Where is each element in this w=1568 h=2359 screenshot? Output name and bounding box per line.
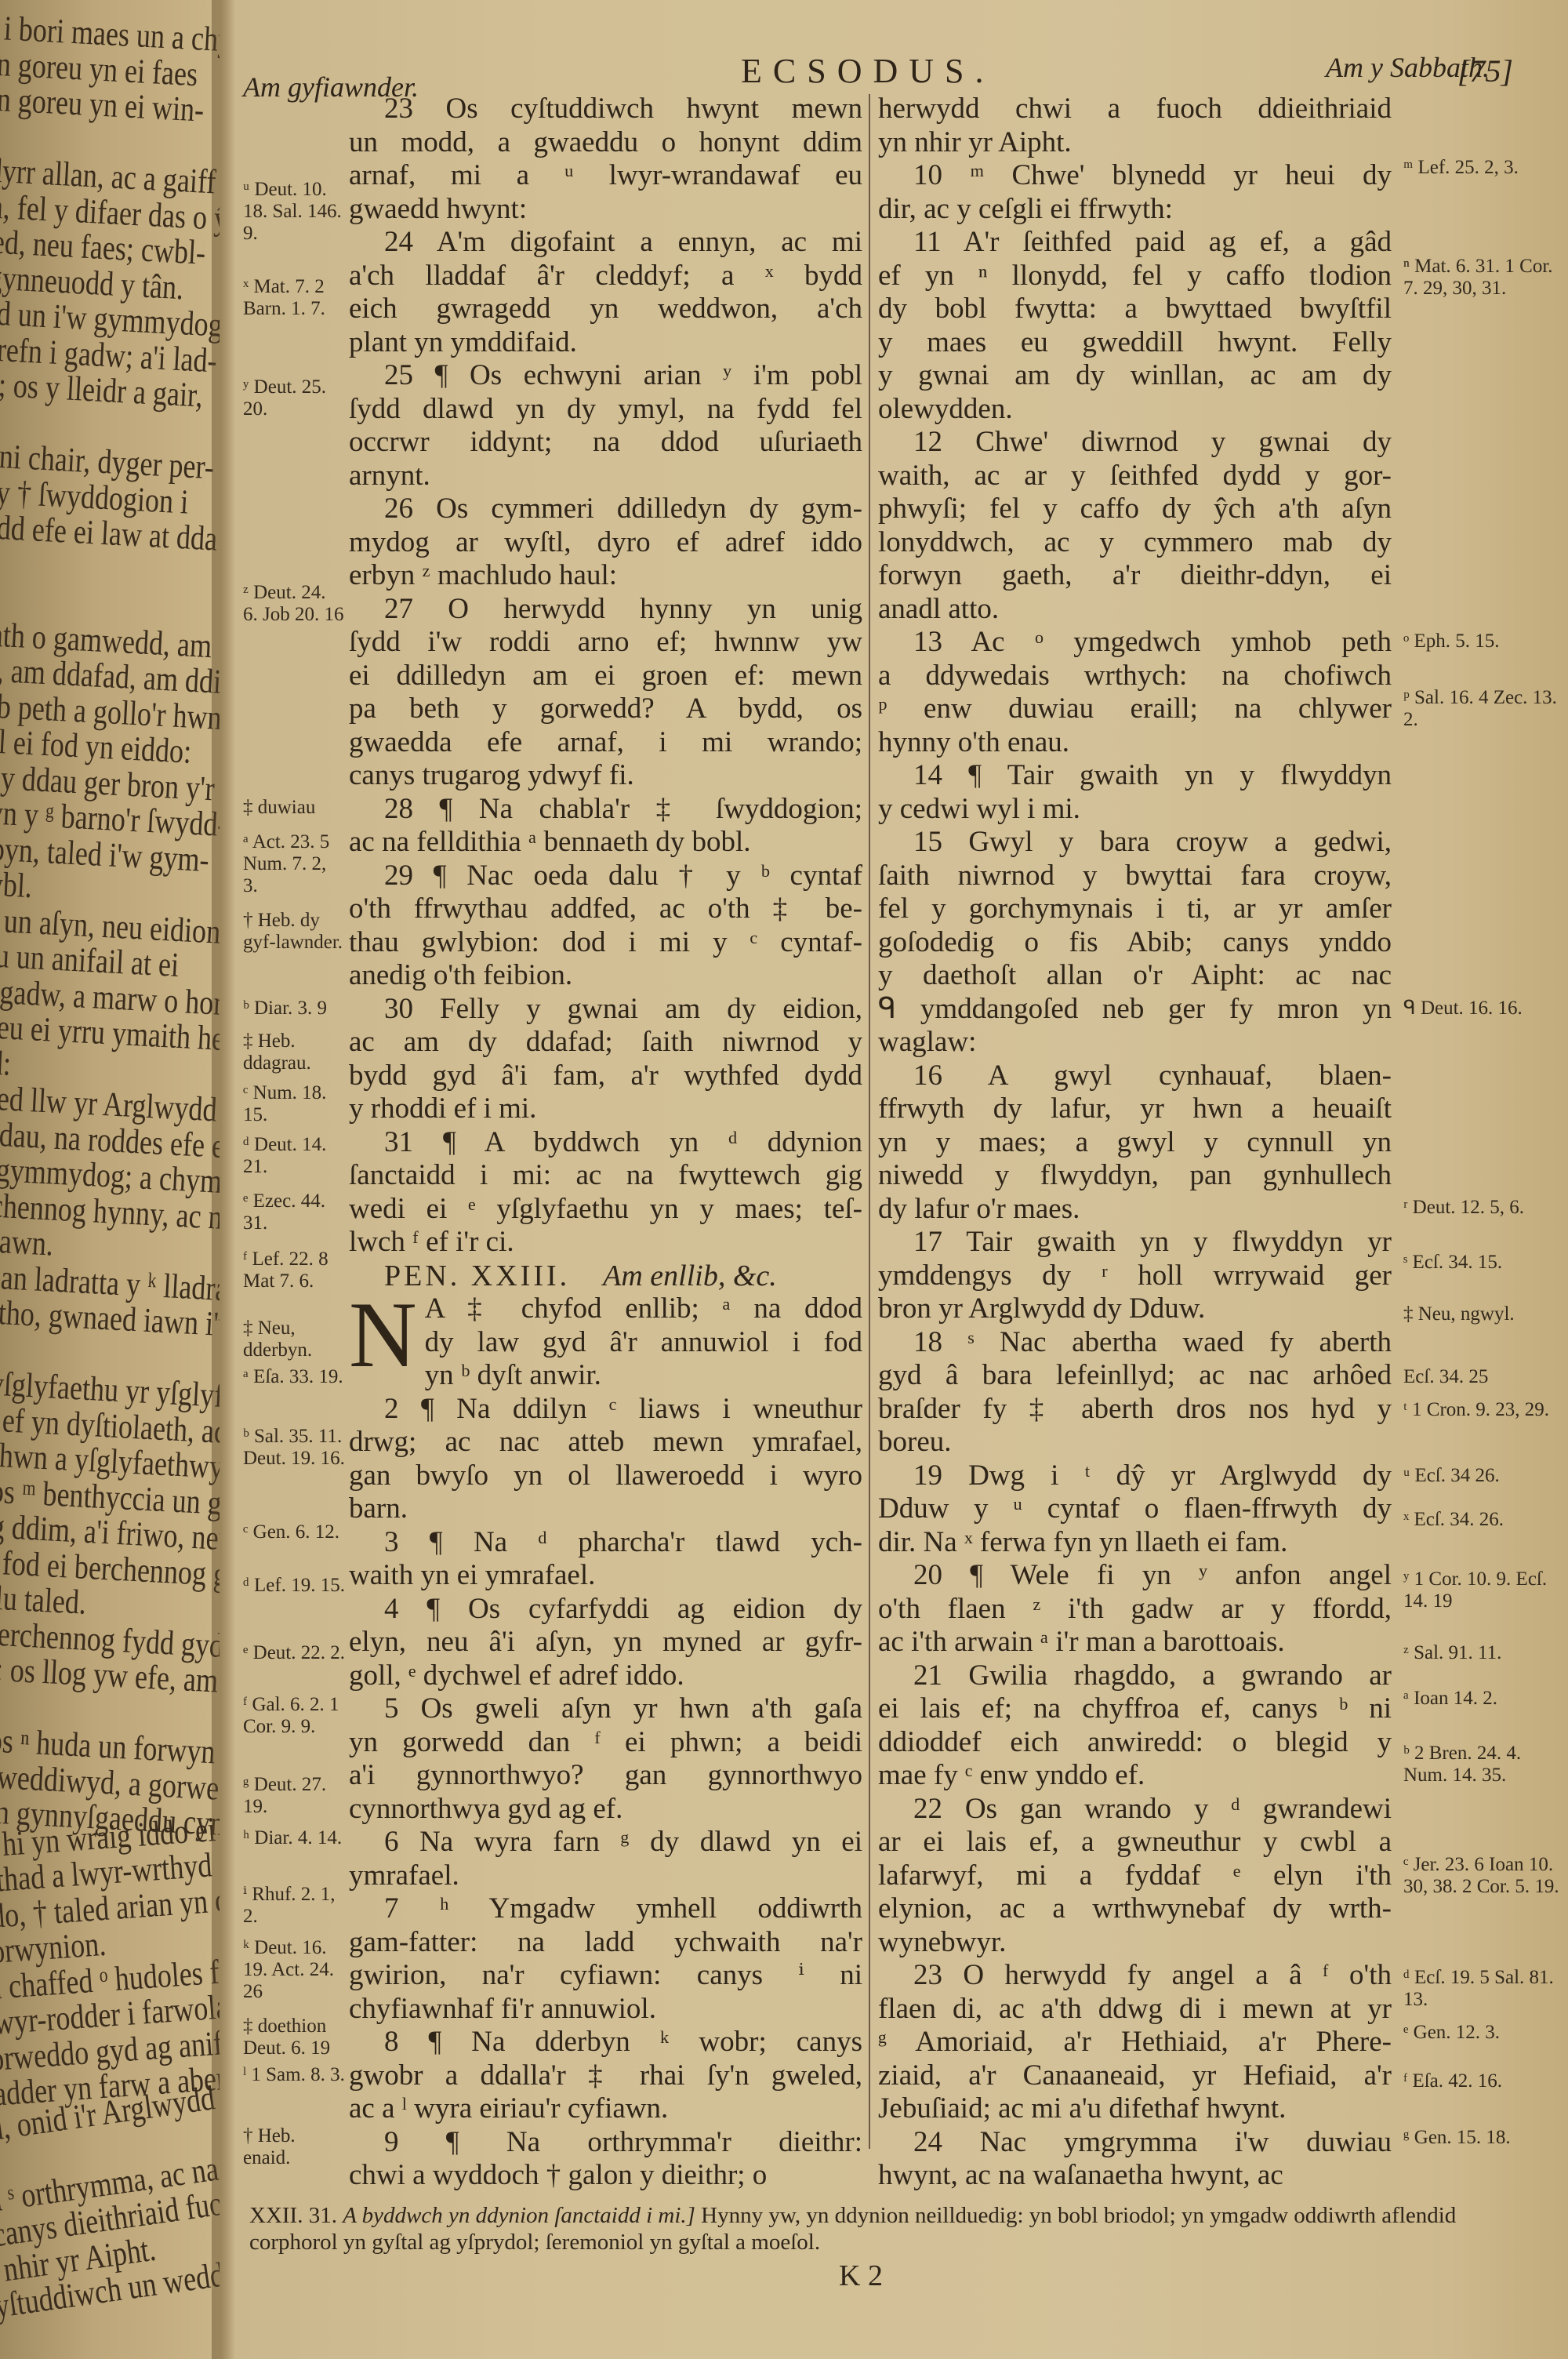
text-line: gwaedd hwynt: <box>349 193 862 227</box>
marginal-reference: ᶜ Gen. 6. 12. <box>243 1521 345 1543</box>
marginal-reference: ᵈ Ecſ. 19. 5 Sal. 81. 13. <box>1403 1967 1560 2011</box>
marginal-reference: ⁿ Mat. 6. 31. 1 Cor. 7. 29, 30, 31. <box>1403 256 1560 300</box>
text-line: dir. Na ˣ ferwa fyn yn llaeth ei fam. <box>878 1526 1392 1560</box>
text-line: waglaw: <box>878 1026 1392 1060</box>
marginal-reference: ᵉ Deut. 22. 2. <box>243 1642 345 1664</box>
marginal-reference: ᵍ Deut. 27. 19. <box>243 1774 345 1818</box>
text-line: waith yn ei ymrafael. <box>349 1559 862 1593</box>
text-line: 29 ¶ Nac oeda dalu † y ᵇ cyntaf <box>349 860 862 893</box>
text-line: yn gorwedd dan ᶠ ei phwn; a beidi <box>349 1726 862 1760</box>
text-line: a'ch lladdaf â'r cleddyf; a ˣ bydd <box>349 260 862 293</box>
right-text-column: herwydd chwi a fuoch ddieithriaidyn nhir… <box>878 93 1392 2193</box>
text-line: 6 Na wyra farn ᵍ dy dlawd yn ei <box>349 1826 862 1859</box>
text-line: 4 ¶ Os cyfarfyddi ag eidion dy <box>349 1593 862 1627</box>
text-line: dy lafur o'r maes. <box>878 1193 1392 1227</box>
marginal-reference: † Heb. dy gyf-lawnder. <box>243 910 345 954</box>
text-line: dy law gyd â'r annuwiol i fod <box>349 1326 862 1360</box>
marginal-reference: ᵘ Deut. 10. 18. Sal. 146. 9. <box>243 179 345 245</box>
text-line: y maes eu gweddill hwynt. Felly <box>878 326 1392 360</box>
text-line: hwynt, ac na waſanaetha hwynt, ac <box>878 2159 1392 2193</box>
marginal-reference: ᵈ Lef. 19. 15. <box>243 1575 345 1597</box>
text-line: o'th flaen ᶻ i'th gadw ar y ffordd, <box>878 1593 1392 1627</box>
text-line: 13 Ac ᵒ ymgedwch ymhob peth <box>878 626 1392 660</box>
text-line: canys trugarog ydwyf fi. <box>349 759 862 793</box>
text-line: 10 ᵐ Chwe' blynedd yr heui dy <box>878 159 1392 193</box>
marginal-reference: Ecſ. 34. 25 <box>1403 1366 1560 1388</box>
page-number: [75] <box>1457 53 1513 89</box>
text-line: ffrwyth dy lafur, yr hwn a heuaiſt <box>878 1092 1392 1126</box>
text-line: elynion, ac a wrthwynebaf dy wrth- <box>878 1892 1392 1926</box>
text-line: 7 ʰ Ymgadw ymhell oddiwrth <box>349 1892 862 1926</box>
marginal-reference: ᵈ Deut. 14. 21. <box>243 1134 345 1178</box>
text-line: ei ddilledyn am ei groen ef: mewn <box>349 660 862 693</box>
text-line: bron yr Arglwydd dy Dduw. <box>878 1292 1392 1326</box>
text-line: dir, ac y ceſgli ei ffrwyth: <box>878 193 1392 227</box>
text-line: a'i gynnorthwyo? gan gynnorthwyo <box>349 1759 862 1793</box>
text-line: ei lais ef; na chyffroa ef, canys ᵇ ni <box>878 1692 1392 1726</box>
marginal-reference: ᶜ Num. 18. 15. <box>243 1082 345 1126</box>
chapter-summary: Am enllib, &c. <box>603 1259 777 1292</box>
text-line: ᑫ ymddangoſed neb ger fy mron yn <box>878 993 1392 1027</box>
text-line: yn nhir yr Aipht. <box>878 126 1392 160</box>
text-line: 23 Os cyſtuddiwch hwynt mewn <box>349 93 862 126</box>
text-line: 5 Os gweli aſyn yr hwn a'th gaſa <box>349 1692 862 1726</box>
marginal-reference: ᑫ Deut. 16. 16. <box>1403 998 1560 1020</box>
bleed-text-line: dwbl. <box>0 863 33 906</box>
text-line: anadl atto. <box>878 593 1392 627</box>
marginal-reference: ʸ Deut. 25. 20. <box>243 376 345 420</box>
text-line: 12 Chwe' diwrnod y gwnai dy <box>878 426 1392 460</box>
left-text-column: 23 Os cyſtuddiwch hwynt mewnun modd, a g… <box>349 93 862 2193</box>
marginal-reference: ᵇ 2 Bren. 24. 4. Num. 14. 35. <box>1403 1743 1560 1787</box>
text-line: lafarwyf, mi a fyddaf ᵉ elyn i'th <box>878 1859 1392 1893</box>
marginal-reference: ᵐ Lef. 25. 2, 3. <box>1403 157 1560 179</box>
drop-cap: N <box>349 1296 417 1374</box>
text-line: 11 A'r ſeithfed paid ag ef, a gâd <box>878 226 1392 260</box>
text-line: goll, ᵉ dychwel ef adref iddo. <box>349 1659 862 1693</box>
text-line: hynny o'th enau. <box>878 726 1392 760</box>
marginal-reference: ᵉ Gen. 12. 3. <box>1403 2022 1560 2044</box>
marginal-reference: ᵇ Diar. 3. 9 <box>243 998 345 1020</box>
text-line: Jebuſiaid; ac mi a'u difethaf hwynt. <box>878 2092 1392 2126</box>
chapter-heading: PEN. XXIII. Am enllib, &c. <box>349 1259 862 1293</box>
text-line: gwirion, na'r cyfiawn: canys ⁱ ni <box>349 1959 862 1993</box>
text-line: ddioddef eich anwiredd: o blegid y <box>878 1726 1392 1760</box>
text-line: a ddywedais wrthych: na chofiwch <box>878 660 1392 693</box>
text-line: 28 ¶ Na chabla'r ‡ ſwyddogion; <box>349 793 862 827</box>
text-line: gyd â bara lefeinllyd; ac nac arhôed <box>878 1359 1392 1393</box>
page-gutter-shadow <box>212 0 235 2359</box>
marginal-reference: ᶻ Sal. 91. 11. <box>1403 1642 1560 1664</box>
marginal-reference: ᵃ Act. 23. 5 Num. 7. 2, 3. <box>243 831 345 897</box>
marginal-reference: ˢ Ecſ. 34. 15. <box>1403 1252 1560 1274</box>
text-line: 22 Os gan wrando y ᵈ gwrandewi <box>878 1793 1392 1826</box>
marginal-reference: ᶠ Eſa. 42. 16. <box>1403 2070 1560 2092</box>
text-line: ymrafael. <box>349 1859 862 1893</box>
text-line: 25 ¶ Os echwyni arian ʸ i'm pobl <box>349 359 862 393</box>
text-line: y daethoſt allan o'r Aipht: ac nac <box>878 959 1392 993</box>
marginal-reference: ‡ duwiau <box>243 797 345 819</box>
text-line: lonyddwch, ac y cymmero mab dy <box>878 526 1392 560</box>
text-line: 16 A gwyl cynhauaf, blaen- <box>878 1060 1392 1093</box>
text-line: mae fy ᶜ enw ynddo ef. <box>878 1759 1392 1793</box>
marginal-reference: ᶜ Jer. 23. 6 Ioan 10. 30, 38. 2 Cor. 5. … <box>1403 1854 1560 1898</box>
marginal-reference: ᵏ Deut. 16. 19. Act. 24. 26 <box>243 1937 345 2003</box>
text-line: 9 ¶ Na orthrymma'r dieithr: <box>349 2126 862 2160</box>
text-line: flaen di, ac a'th ddwg di i mewn at yr <box>878 1993 1392 2026</box>
marginal-reference: ‡ Neu, ngwyl. <box>1403 1303 1560 1325</box>
marginal-reference: ʸ 1 Cor. 10. 9. Ecſ. 14. 19 <box>1403 1568 1560 1612</box>
text-line: thau gwlybion: dod i mi y ᶜ cyntaf- <box>349 926 862 960</box>
text-line: pa beth y gorwedd? A bydd, os <box>349 692 862 726</box>
text-line: 18 ˢ Nac abertha waed fy aberth <box>878 1326 1392 1360</box>
text-line: eich gwragedd yn weddwon, a'ch <box>349 293 862 326</box>
text-line: 21 Gwilia rhagddo, a gwrando ar <box>878 1659 1392 1693</box>
text-line: 24 A'm digofaint a ennyn, ac mi <box>349 226 862 260</box>
text-line: phwyſi; fel y caffo dy ŷch a'th aſyn <box>878 493 1392 526</box>
text-line: fel y gorchymynais i ti, ar yr amſer <box>878 892 1392 926</box>
text-line: dy bobl fwytta: a bwyttaed bwyſtfil <box>878 293 1392 326</box>
text-line: chyfiawnhaf fi'r annuwiol. <box>349 1993 862 2026</box>
text-line: bydd gyd â'i fam, a'r wythfed dydd <box>349 1060 862 1093</box>
marginal-reference: ᵇ Sal. 35. 11. Deut. 19. 16. <box>243 1426 345 1470</box>
marginal-reference: ᶠ Lef. 22. 8 Mat 7. 6. <box>243 1249 345 1292</box>
marginal-reference: ᵍ Gen. 15. 18. <box>1403 2127 1560 2149</box>
text-line: herwydd chwi a fuoch ddieithriaid <box>878 93 1392 126</box>
text-line: braſder fy ‡ aberth dros nos hyd y <box>878 1393 1392 1427</box>
text-line: ac na felldithia ᵃ bennaeth dy bobl. <box>349 826 862 860</box>
marginal-reference: ᶠ Gal. 6. 2. 1 Cor. 9. 9. <box>243 1694 345 1738</box>
text-line: 17 Tair gwaith yn y flwyddyn yr <box>878 1226 1392 1259</box>
text-line: 27 O herwydd hynny yn unig <box>349 593 862 627</box>
text-line: 31 ¶ A byddwch yn ᵈ ddynion <box>349 1126 862 1160</box>
chapter-label: PEN. XXIII. <box>384 1259 603 1292</box>
footnote: XXII. 31. A byddwch yn ddynion ſanctaidd… <box>249 2202 1488 2255</box>
text-line: ſaith niwrnod y bwyttai fara croyw, <box>878 860 1392 893</box>
marginal-reference: ˣ Ecſ. 34. 26. <box>1403 1509 1560 1531</box>
text-line: arnynt. <box>349 460 862 493</box>
marginal-reference: ⁱ Rhuf. 2. 1, 2. <box>243 1884 345 1928</box>
text-line: barn. <box>349 1492 862 1526</box>
footnote-quoted-verse: A byddwch yn ddynion ſanctaidd i mi.] <box>343 2203 695 2228</box>
text-line: boreu. <box>878 1426 1392 1459</box>
text-line: ar ei lais ef, a gwneuthur y cwbl a <box>878 1826 1392 1859</box>
text-line: lwch ᶠ ef i'r ci. <box>349 1226 862 1259</box>
text-line: 8 ¶ Na dderbyn ᵏ wobr; canys <box>349 2026 862 2059</box>
text-line: wynebwyr. <box>878 1926 1392 1960</box>
text-line: 3 ¶ Na ᵈ pharcha'r tlawd ych- <box>349 1526 862 1560</box>
marginal-reference: ᵘ Ecſ. 34 26. <box>1403 1465 1560 1487</box>
text-line: ᵖ enw duwiau eraill; na chlywer <box>878 692 1392 726</box>
text-line: 2 ¶ Na ddilyn ᶜ liaws i wneuthur <box>349 1393 862 1427</box>
footnote-reference: XXII. 31. <box>249 2203 337 2228</box>
text-line: un modd, a gwaeddu o honynt ddim <box>349 126 862 160</box>
marginal-reference: ᶻ Deut. 24. 6. Job 20. 16 <box>243 582 345 626</box>
text-line: ſydd i'w roddi arno ef; hwnnw yw <box>349 626 862 660</box>
marginal-reference: ‡ Heb. ddagrau. <box>243 1030 345 1074</box>
text-line: ef yn ⁿ llonydd, fel y caffo tlodion <box>878 260 1392 293</box>
text-line: ymddengys dy ʳ holl wrrywaid ger <box>878 1259 1392 1293</box>
text-line: ac am dy ddafad; ſaith niwrnod y <box>349 1026 862 1060</box>
text-line: waith, ac ar y ſeithfed dydd y gor- <box>878 460 1392 493</box>
text-line: y cedwi wyl i mi. <box>878 793 1392 827</box>
text-line: occrwr iddynt; na ddod uſuriaeth <box>349 426 862 460</box>
book-title: ECSODUS. <box>741 51 995 91</box>
text-line: arnaf, mi a ᵘ lwyr-wrandawaf eu <box>349 159 862 193</box>
text-line: ſydd dlawd yn dy ymyl, na fydd fel <box>349 393 862 427</box>
marginal-reference: ᵖ Sal. 16. 4 Zec. 13. 2. <box>1403 687 1560 731</box>
text-line: gwaedda efe arnaf, i mi wrando; <box>349 726 862 760</box>
text-line: ᵍ Amoriaid, a'r Hethiaid, a'r Phere- <box>878 2026 1392 2059</box>
text-line: cynnorthwya gyd ag ef. <box>349 1793 862 1826</box>
text-line: 30 Felly y gwnai am dy eidion, <box>349 993 862 1027</box>
marginal-reference: ᵃ Eſa. 33. 19. <box>243 1366 345 1388</box>
signature-mark: K 2 <box>839 2259 883 2293</box>
text-line: wedi ei ᵉ yſglyfaethu yn y maes; teſ- <box>349 1193 862 1227</box>
text-line: 15 Gwyl y bara croyw a gedwi, <box>878 826 1392 860</box>
text-line: ziaid, a'r Canaaneaid, yr Hefiaid, a'r <box>878 2059 1392 2093</box>
text-line: 20 ¶ Wele fi yn ʸ anfon angel <box>878 1559 1392 1593</box>
marginal-reference: ˡ 1 Sam. 8. 3. <box>243 2064 345 2086</box>
text-line: mydog ar wyſtl, dyro ef adref iddo <box>349 526 862 560</box>
text-line: gwobr a ddalla'r ‡ rhai ſy'n gweled, <box>349 2059 862 2093</box>
marginal-reference: † Heb. enaid. <box>243 2125 345 2169</box>
text-line: ac a ˡ wyra eiriau'r cyfiawn. <box>349 2092 862 2126</box>
marginal-reference: ᵉ Ezec. 44. 31. <box>243 1190 345 1234</box>
book-page-spread: ail i bori maes un a chyfrei-hyn goreu y… <box>0 0 1568 2359</box>
text-line: olewydden. <box>878 393 1392 427</box>
text-line: y rhoddi ef i mi. <box>349 1092 862 1126</box>
text-line: ac i'th arwain ᵃ i'r man a barottoais. <box>878 1626 1392 1659</box>
marginal-reference: ᵒ Eph. 5. 15. <box>1403 631 1560 652</box>
text-line: gam-fatter: na ladd ychwaith na'r <box>349 1926 862 1960</box>
text-line: chwi a wyddoch † galon y dieithr; o <box>349 2159 862 2193</box>
text-line: 24 Nac ymgrymma i'w duwiau <box>878 2126 1392 2160</box>
text-line: plant yn ymddifaid. <box>349 326 862 360</box>
marginal-reference: ˣ Mat. 7. 2 Barn. 1. 7. <box>243 276 345 320</box>
marginal-reference: ᵗ 1 Cron. 9. 23, 29. <box>1403 1399 1560 1421</box>
marginal-reference: ʳ Deut. 12. 5, 6. <box>1403 1197 1560 1219</box>
text-line: yn y maes; a gwyl y cynnull yn <box>878 1126 1392 1160</box>
text-line: goſodedig o fis Abib; canys ynddo <box>878 926 1392 960</box>
text-line: Dduw y ᵘ cyntaf o flaen-ffrwyth dy <box>878 1492 1392 1526</box>
text-line: drwg; ac nac atteb mewn ymrafael, <box>349 1426 862 1459</box>
right-running-head: Am y Sabbath. [75] <box>1326 51 1490 84</box>
text-line: niwedd y flwyddyn, pan gynhullech <box>878 1159 1392 1193</box>
marginal-reference: ‡ Neu, dderbyn. <box>243 1318 345 1361</box>
text-line: 19 Dwg i ᵗ dŷ yr Arglwydd dy <box>878 1459 1392 1493</box>
marginal-reference: ʰ Diar. 4. 14. <box>243 1827 345 1849</box>
column-rule <box>869 94 870 2149</box>
page-header: Am gyfiawnder. ECSODUS. Am y Sabbath. [7… <box>235 47 1521 94</box>
text-line: 14 ¶ Tair gwaith yn y flwyddyn <box>878 759 1392 793</box>
marginal-reference: ᵃ Ioan 14. 2. <box>1403 1688 1560 1710</box>
text-line: 23 O herwydd fy angel a â ᶠ o'th <box>878 1959 1392 1993</box>
marginal-reference: ‡ doethion Deut. 6. 19 <box>243 2016 345 2059</box>
text-line: y gwnai am dy winllan, ac am dy <box>878 359 1392 393</box>
text-line: gan bwyſo yn ol llaweroedd i wyro <box>349 1459 862 1493</box>
bleed-text-line: led: <box>0 1041 12 1084</box>
text-line: o'th ffrwythau addfed, ac o'th ‡ be- <box>349 892 862 926</box>
text-line: erbyn ᶻ machludo haul: <box>349 559 862 593</box>
text-line: ſanctaidd i mi: ac na fwyttewch gig <box>349 1159 862 1193</box>
text-line: elyn, neu â'i aſyn, yn myned ar gyfr- <box>349 1626 862 1659</box>
text-line: forwyn gaeth, a'r dieithr-ddyn, ei <box>878 559 1392 593</box>
text-line: A ‡ chyfod enllib; ᵃ na ddod <box>349 1292 862 1326</box>
previous-page-bleed: ail i bori maes un a chyfrei-hyn goreu y… <box>0 0 220 2359</box>
text-line: anedig o'th feibion. <box>349 959 862 993</box>
text-line: yn ᵇ dyſt anwir. <box>349 1359 862 1393</box>
text-line: 26 Os cymmeri ddilledyn dy gym- <box>349 493 862 526</box>
